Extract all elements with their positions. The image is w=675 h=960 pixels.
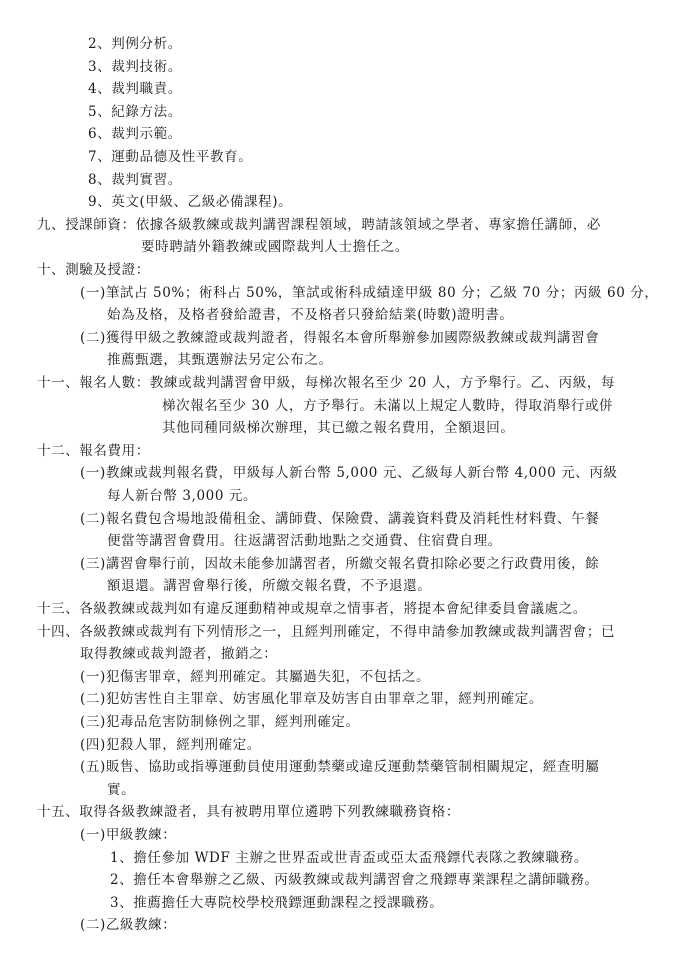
document-text-line: 9、英文(甲級、乙級必備課程)。 [88, 193, 292, 211]
document-text-line: (五)販售、協助或指導運動員使用運動禁藥或違反運動禁藥管制相關規定，經查明屬 [80, 758, 599, 776]
document-text-line: (二)犯妨害性自主罪章、妨害風化罪章及妨害自由罪章之罪，經判刑確定。 [80, 690, 543, 708]
document-text-line: 其他同種同級梯次辦理，其已繳之報名費用，全額退回。 [162, 419, 515, 437]
document-text-line: 便當等講習會費用。往返講習活動地點之交通費、住宿費自理。 [107, 532, 502, 550]
document-text-line: 十四、各級教練或裁判有下列情形之一，且經判刑確定，不得申請參加教練或裁判講習會；… [37, 623, 615, 641]
document-text-line: 十二、報名費用： [37, 442, 150, 460]
document-text-line: 6、裁判示範。 [88, 125, 182, 143]
document-text-line: 十三、各級教練或裁判如有違反運動精神或規章之情事者，將提本會紀律委員會議處之。 [37, 600, 587, 618]
document-text-line: (二)獲得甲級之教練證或裁判證者，得報名本會所舉辦參加國際級教練或裁判講習會 [80, 329, 599, 347]
document-text-line: 推薦甄選，其甄選辦法另定公布之。 [107, 351, 333, 369]
document-text-line: (三)犯毒品危害防制條例之罪，經判刑確定。 [80, 713, 360, 731]
document-text-line: 4、裁判職責。 [88, 80, 182, 98]
document-text-line: 3、裁判技術。 [88, 58, 182, 76]
document-text-line: 十五、取得各級教練證者，具有被聘用單位遴聘下列教練職務資格： [37, 803, 460, 821]
document-text-line: (一)甲級教練： [80, 826, 176, 844]
document-text-line: 2、擔任本會舉辦之乙級、丙級教練或裁判講習會之飛鏢專業課程之講師職務。 [110, 871, 599, 889]
document-text-line: (四)犯殺人罪，經判刑確定。 [80, 736, 261, 754]
document-text-line: (一)教練或裁判報名費，甲級每人新台幣 5,000 元、乙級每人新台幣 4,00… [80, 464, 618, 482]
document-text-line: (一)筆試占 50%；術科占 50%，筆試或術科成績達甲級 80 分；乙級 70… [80, 284, 659, 302]
document-text-line: (二)報名費包含場地設備租金、講師費、保險費、講義資料費及消耗性材料費、午餐 [80, 510, 599, 528]
document-text-line: 8、裁判實習。 [88, 171, 182, 189]
document-text-line: 1、擔任參加 WDF 主辦之世界盃或世青盃或亞太盃飛鏢代表隊之教練職務。 [110, 849, 588, 867]
document-text-line: 2、判例分析。 [88, 35, 182, 53]
document-text-line: 每人新台幣 3,000 元。 [107, 487, 257, 505]
document-text-line: 實。 [107, 781, 135, 799]
document-text-line: 梯次報名至少 30 人，方予舉行。未滿以上規定人數時，得取消舉行或併 [162, 397, 613, 415]
document-text-line: 取得教練或裁判證者，撤銷之： [80, 645, 277, 663]
document-text-line: 十、測驗及授證： [37, 261, 150, 279]
document-text-line: 額退還。講習會舉行後，所繳交報名費，不予退還。 [107, 577, 431, 595]
document-text-line: (一)犯傷害罪章，經判刑確定。其屬過失犯，不包括之。 [80, 668, 430, 686]
document-text-line: 7、運動品德及性平教育。 [88, 148, 252, 166]
document-text-line: (二)乙級教練： [80, 916, 176, 934]
document-text-line: 要時聘請外籍教練或國際裁判人士擔任之。 [141, 238, 409, 256]
document-text-line: (三)講習會舉行前，因故未能參加講習者，所繳交報名費扣除必要之行政費用後，餘 [80, 555, 599, 573]
document-text-line: 始為及格，及格者發給證書，不及格者只發給結業(時數)證明書。 [107, 306, 514, 324]
document-text-line: 3、推薦擔任大專院校學校飛鏢運動課程之授課職務。 [110, 894, 444, 912]
document-text-line: 九、授課師資：依據各級教練或裁判講習課程領域，聘請該領域之學者、專家擔任講師，必 [37, 216, 601, 234]
document-text-line: 5、紀錄方法。 [88, 103, 182, 121]
document-text-line: 十一、報名人數：教練或裁判講習會甲級，每梯次報名至少 20 人，方予舉行。乙、丙… [37, 374, 615, 392]
